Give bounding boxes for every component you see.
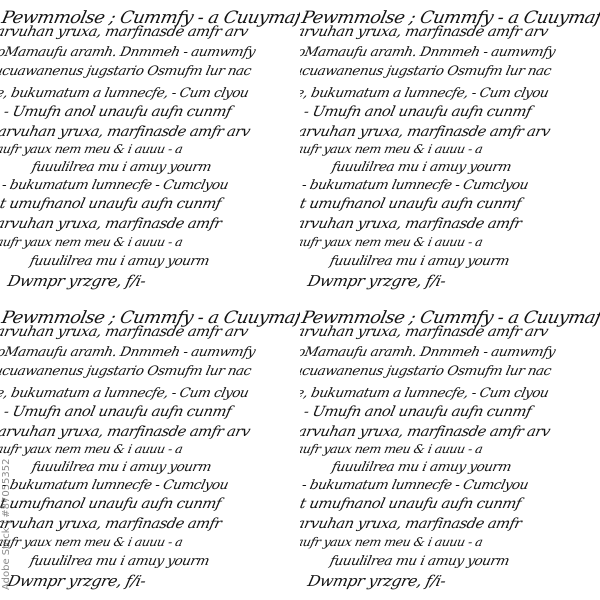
handwritten-line: arvuhan yruxa, marfinasde amfr (0, 516, 223, 532)
handwritten-line: toMamaufu aramh. Dnmmeh - aumwmfy (300, 45, 556, 60)
handwritten-line: t umufnanol unaufu aufn cunmf (300, 196, 522, 212)
handwritten-line: e, bukumatum a lumnecfe, - Cum clyou (0, 386, 250, 401)
handwritten-line: arvuhan yruxa, marfinasde amfr arv (0, 124, 251, 140)
handwritten-line: arvuhan yruxa, marfinasde amfr arv (300, 24, 549, 40)
handwritten-line: fuuulilrea mu i amuy yourm (330, 160, 512, 175)
handwritten-line: - Umufn anol unaufu aufn cunmf (2, 404, 232, 420)
stock-watermark: Adobe Stock | #87055352 (1, 459, 12, 591)
handwritten-line: e, bukumatum a lumnecfe, - Cum clyou (300, 386, 550, 401)
handwritten-line: arvuhan yruxa, marfinasde amfr arv (0, 24, 249, 40)
handwritten-line: t umufnanol unaufu aufn cunmf (0, 496, 222, 512)
handwritten-line: arvuhan yruxa, marfinasde amfr (300, 516, 523, 532)
handwritten-line: Dwmpr yrzgre, f/i- (6, 572, 147, 590)
handwritten-line: - bukumatum lumnecfe - Cumclyou (0, 178, 229, 193)
handwritten-line: arvuhan yruxa, marfinasde amfr arv (300, 424, 551, 440)
pattern-tile: Pewmmolse ; Cummfy - a Cuuymafsarvuhan y… (300, 300, 600, 600)
handwritten-line: arvuhan yruxa, marfinasde amfr arv (300, 124, 551, 140)
handwritten-line: fuuulilrea mu i amuy yourm (28, 554, 210, 569)
handwritten-line: fuuulilrea mu i amuy yourm (28, 254, 210, 269)
handwritten-line: aufr yaux nem meu & i auuu - a (300, 235, 484, 249)
handwritten-line: arvuhan yruxa, marfinasde amfr (300, 216, 523, 232)
handwritten-line: toMamaufu aramh. Dnmmeh - aumwmfy (0, 345, 256, 360)
handwritten-line: ucuawanenus jugstario Osmufm lur nac (0, 64, 252, 79)
handwritten-line: t umufnanol unaufu aufn cunmf (0, 196, 222, 212)
handwritten-line: aufr yaux nem meu & i auuu - a (0, 142, 184, 156)
handwritten-line: ucuawanenus jugstario Osmufm lur nac (300, 64, 552, 79)
handwritten-line: toMamaufu aramh. Dnmmeh - aumwmfy (300, 345, 556, 360)
handwritten-line: - bukumatum lumnecfe - Cumclyou (0, 478, 229, 493)
handwritten-line: - bukumatum lumnecfe - Cumclyou (300, 178, 529, 193)
handwritten-line: - Umufn anol unaufu aufn cunmf (302, 104, 532, 120)
handwritten-line: arvuhan yruxa, marfinasde amfr arv (0, 324, 249, 340)
handwritten-line: aufr yaux nem meu & i auuu - a (0, 535, 184, 549)
handwritten-line: fuuulilrea mu i amuy yourm (30, 160, 212, 175)
pattern-tile: Pewmmolse ; Cummfy - a Cuuymafsarvuhan y… (0, 0, 300, 300)
handwritten-line: - Umufn anol unaufu aufn cunmf (2, 104, 232, 120)
handwritten-line: arvuhan yruxa, marfinasde amfr arv (0, 424, 251, 440)
handwritten-line: fuuulilrea mu i amuy yourm (330, 460, 512, 475)
handwritten-line: ucuawanenus jugstario Osmufm lur nac (300, 364, 552, 379)
handwritten-line: aufr yaux nem meu & i auuu - a (300, 442, 484, 456)
handwritten-line: e, bukumatum a lumnecfe, - Cum clyou (0, 86, 250, 101)
handwritten-line: e, bukumatum a lumnecfe, - Cum clyou (300, 86, 550, 101)
handwritten-line: Dwmpr yrzgre, f/i- (6, 272, 147, 290)
handwritten-line: aufr yaux nem meu & i auuu - a (0, 235, 184, 249)
handwritten-line: t umufnanol unaufu aufn cunmf (300, 496, 522, 512)
handwriting-pattern: Pewmmolse ; Cummfy - a Cuuymafsarvuhan y… (0, 0, 600, 600)
handwritten-line: - bukumatum lumnecfe - Cumclyou (300, 478, 529, 493)
handwritten-line: fuuulilrea mu i amuy yourm (30, 460, 212, 475)
pattern-tile: Pewmmolse ; Cummfy - a Cuuymafsarvuhan y… (0, 300, 300, 600)
handwritten-line: fuuulilrea mu i amuy yourm (328, 254, 510, 269)
handwritten-line: - Umufn anol unaufu aufn cunmf (302, 404, 532, 420)
handwritten-line: arvuhan yruxa, marfinasde amfr (0, 216, 223, 232)
handwritten-line: fuuulilrea mu i amuy yourm (328, 554, 510, 569)
handwritten-line: ucuawanenus jugstario Osmufm lur nac (0, 364, 252, 379)
handwritten-line: arvuhan yruxa, marfinasde amfr arv (300, 324, 549, 340)
handwritten-line: aufr yaux nem meu & i auuu - a (300, 142, 484, 156)
handwritten-line: Dwmpr yrzgre, f/i- (306, 272, 447, 290)
handwritten-line: toMamaufu aramh. Dnmmeh - aumwmfy (0, 45, 256, 60)
handwritten-line: Dwmpr yrzgre, f/i- (306, 572, 447, 590)
handwritten-line: aufr yaux nem meu & i auuu - a (0, 442, 184, 456)
handwritten-line: aufr yaux nem meu & i auuu - a (300, 535, 484, 549)
pattern-tile: Pewmmolse ; Cummfy - a Cuuymafsarvuhan y… (300, 0, 600, 300)
